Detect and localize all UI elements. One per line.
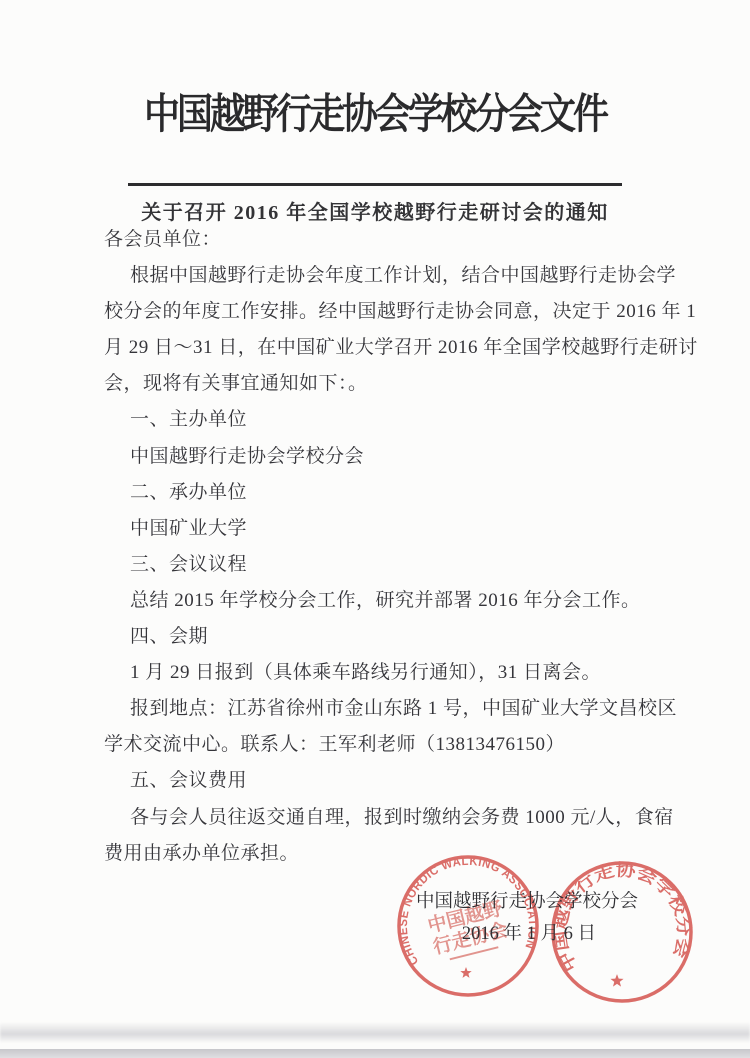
document-title: 中国越野行走协会学校分会文件	[0, 82, 750, 141]
signature-block: 中国越野行走协会学校分会 2016 年 1 月 6 日	[416, 891, 642, 945]
body-line: 中国矿业大学	[104, 511, 652, 547]
body-line: 校分会的年度工作安排。经中国越野行走协会同意，决定于 2016 年 1	[104, 294, 652, 330]
body-line: 报到地点：江苏省徐州市金山东路 1 号，中国矿业大学文昌校区	[104, 691, 652, 727]
body-line: 会，现将有关事宜通知如下：。	[104, 366, 652, 402]
scan-bottom-edge	[0, 1049, 750, 1058]
signature-date: 2016 年 1 月 6 日	[416, 923, 642, 945]
seal-star-icon	[610, 974, 623, 986]
scan-shadow-band	[0, 1022, 750, 1042]
body-line: 1 月 29 日报到（具体乘车路线另行通知），31 日离会。	[104, 655, 652, 691]
document-subject: 关于召开 2016 年全国学校越野行走研讨会的通知	[0, 196, 750, 225]
document-body: 各会员单位： 根据中国越野行走协会年度工作计划，结合中国越野行走协会学 校分会的…	[104, 222, 652, 872]
body-line: 各与会人员往返交通自理，报到时缴纳会务费 1000 元/人，食宿	[104, 800, 652, 836]
body-line: 中国越野行走协会学校分会	[104, 439, 652, 475]
signature-org: 中国越野行走协会学校分会	[416, 891, 642, 913]
body-line: 各会员单位：	[104, 222, 652, 258]
header-rule	[128, 183, 622, 186]
body-line: 月 29 日～31 日，在中国矿业大学召开 2016 年全国学校越野行走研讨	[104, 330, 652, 366]
body-line: 二、承办单位	[104, 475, 652, 511]
body-line: 一、主办单位	[104, 402, 652, 438]
body-line: 三、会议议程	[104, 547, 652, 583]
body-line: 总结 2015 年学校分会工作，研究并部署 2016 年分会工作。	[104, 583, 652, 619]
body-line: 根据中国越野行走协会年度工作计划，结合中国越野行走协会学	[104, 258, 652, 294]
body-line: 学术交流中心。联系人：王军利老师（13813476150）	[104, 727, 652, 763]
seal-star-icon	[460, 967, 471, 978]
document-page: 中国越野行走协会学校分会文件 关于召开 2016 年全国学校越野行走研讨会的通知…	[0, 0, 750, 1058]
body-line: 五、会议费用	[104, 763, 652, 799]
body-line: 四、会期	[104, 619, 652, 655]
